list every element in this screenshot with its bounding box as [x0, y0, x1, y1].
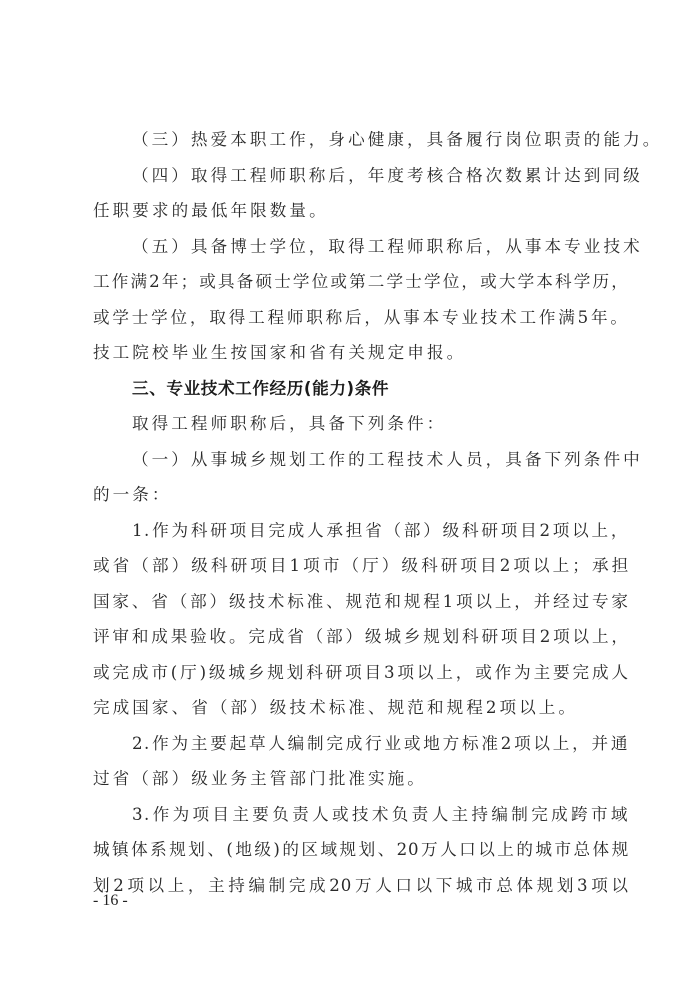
- paragraph-line: 技工院校毕业生按国家和省有关规定申报。: [93, 335, 629, 371]
- document-body: （三）热爱本职工作，身心健康，具备履行岗位职责的能力。 （四）取得工程师职称后，…: [93, 122, 629, 903]
- paragraph-line: 评审和成果验收。完成省（部）级城乡规划科研项目2项以上，: [93, 619, 629, 655]
- document-page: （三）热爱本职工作，身心健康，具备履行岗位职责的能力。 （四）取得工程师职称后，…: [0, 0, 700, 990]
- paragraph-line: 划2项以上，主持编制完成20万人口以下城市总体规划3项以: [93, 868, 629, 904]
- paragraph-line: （一）从事城乡规划工作的工程技术人员，具备下列条件中: [93, 442, 629, 478]
- paragraph-line: 或完成市(厅)级城乡规划科研项目3项以上，或作为主要完成人: [93, 655, 629, 691]
- paragraph-line: 的一条：: [93, 477, 629, 513]
- paragraph-line: 或省（部）级科研项目1项市（厅）级科研项目2项以上；承担: [93, 548, 629, 584]
- paragraph-line: 取得工程师职称后，具备下列条件：: [93, 406, 629, 442]
- paragraph-line: （五）具备博士学位，取得工程师职称后，从事本专业技术: [93, 229, 629, 265]
- paragraph-line: 任职要求的最低年限数量。: [93, 193, 629, 229]
- paragraph-line: 过省（部）级业务主管部门批准实施。: [93, 761, 629, 797]
- paragraph-line: 工作满2年；或具备硕士学位或第二学士学位，或大学本科学历，: [93, 264, 629, 300]
- section-heading: 三、专业技术工作经历(能力)条件: [93, 371, 629, 407]
- paragraph-line: 国家、省（部）级技术标准、规范和规程1项以上，并经过专家: [93, 584, 629, 620]
- paragraph-line: （四）取得工程师职称后，年度考核合格次数累计达到同级: [93, 158, 629, 194]
- paragraph-line: 城镇体系规划、(地级)的区域规划、20万人口以上的城市总体规: [93, 832, 629, 868]
- paragraph-line: 2.作为主要起草人编制完成行业或地方标准2项以上，并通: [93, 726, 629, 762]
- paragraph-line: 3.作为项目主要负责人或技术负责人主持编制完成跨市域: [93, 797, 629, 833]
- paragraph-line: 完成国家、省（部）级技术标准、规范和规程2项以上。: [93, 690, 629, 726]
- paragraph-line: 或学士学位，取得工程师职称后，从事本专业技术工作满5年。: [93, 300, 629, 336]
- paragraph-line: （三）热爱本职工作，身心健康，具备履行岗位职责的能力。: [93, 122, 629, 158]
- paragraph-line: 1.作为科研项目完成人承担省（部）级科研项目2项以上，: [93, 513, 629, 549]
- page-number: - 16 -: [93, 892, 128, 910]
